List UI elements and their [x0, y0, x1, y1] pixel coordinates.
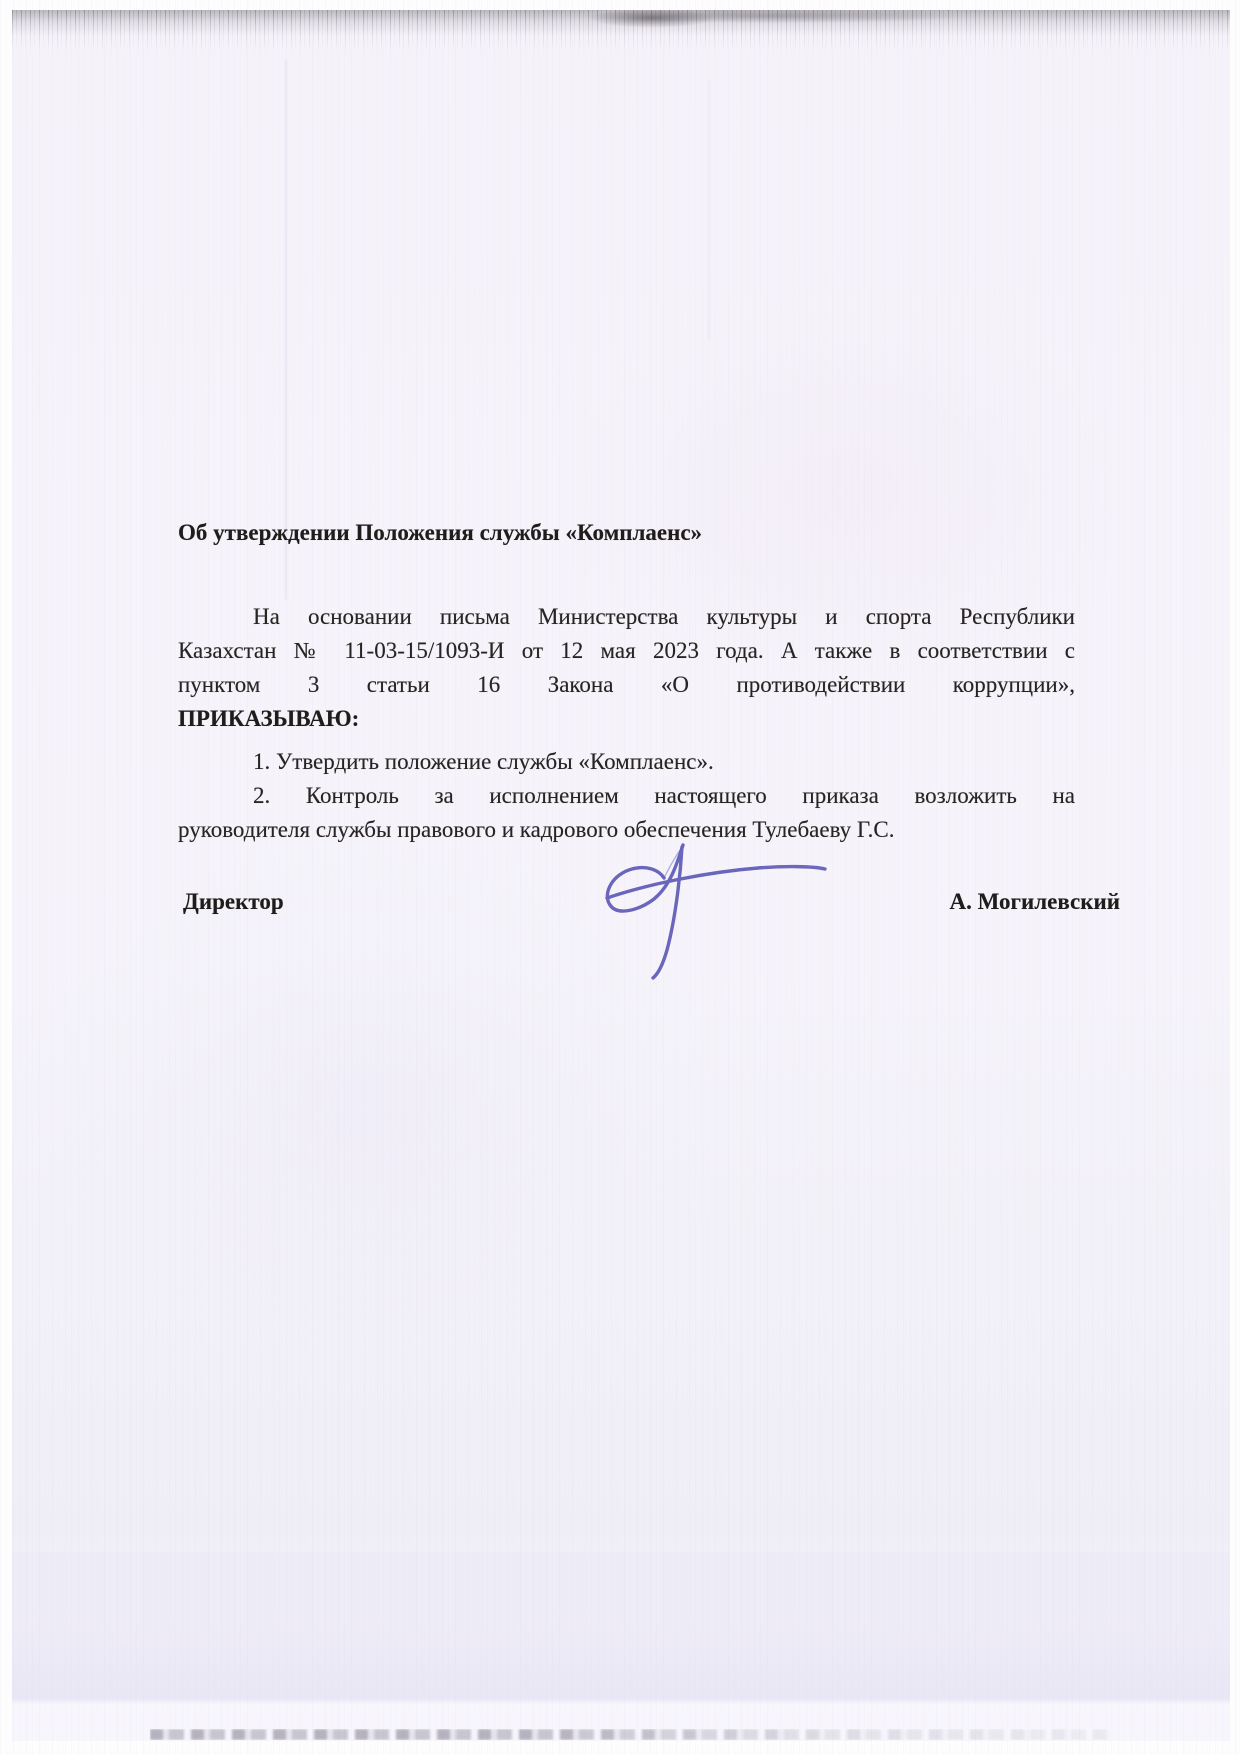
- preamble-line-3: пунктом 3 статьи 16 Закона «О противодей…: [178, 668, 1075, 702]
- scan-shadow-bottom-band: [12, 1552, 1230, 1704]
- signature-row: Директор А. Могилевский: [178, 885, 1075, 919]
- order-keyword: ПРИКАЗЫВАЮ:: [178, 702, 1075, 736]
- document-title: Об утверждении Положения службы «Комплае…: [178, 516, 1075, 550]
- order-items: 1. Утвердить положение службы «Комплаенс…: [178, 745, 1075, 847]
- scanned-page: Об утверждении Положения службы «Комплае…: [0, 0, 1240, 1755]
- scan-noise-top-streaks: [12, 10, 1230, 52]
- fold-line-artifact: [708, 80, 710, 340]
- preamble-paragraph: На основании письма Министерства культур…: [178, 600, 1075, 736]
- signer-role: Директор: [178, 885, 284, 919]
- document-body: Об утверждении Положения службы «Комплае…: [178, 516, 1075, 919]
- order-item-2-line-2: руководителя службы правового и кадровог…: [178, 813, 1075, 847]
- preamble-line-2: Казахстан № 11-03-15/1093-И от 12 мая 20…: [178, 634, 1075, 668]
- signer-name: А. Могилевский: [950, 885, 1121, 919]
- preamble-line-1: На основании письма Министерства культур…: [178, 600, 1075, 634]
- order-item-2-line-1: 2. Контроль за исполнением настоящего пр…: [178, 779, 1075, 813]
- order-item-1: 1. Утвердить положение службы «Комплаенс…: [178, 745, 1075, 779]
- bleed-through-smudge-line: [150, 1729, 1110, 1740]
